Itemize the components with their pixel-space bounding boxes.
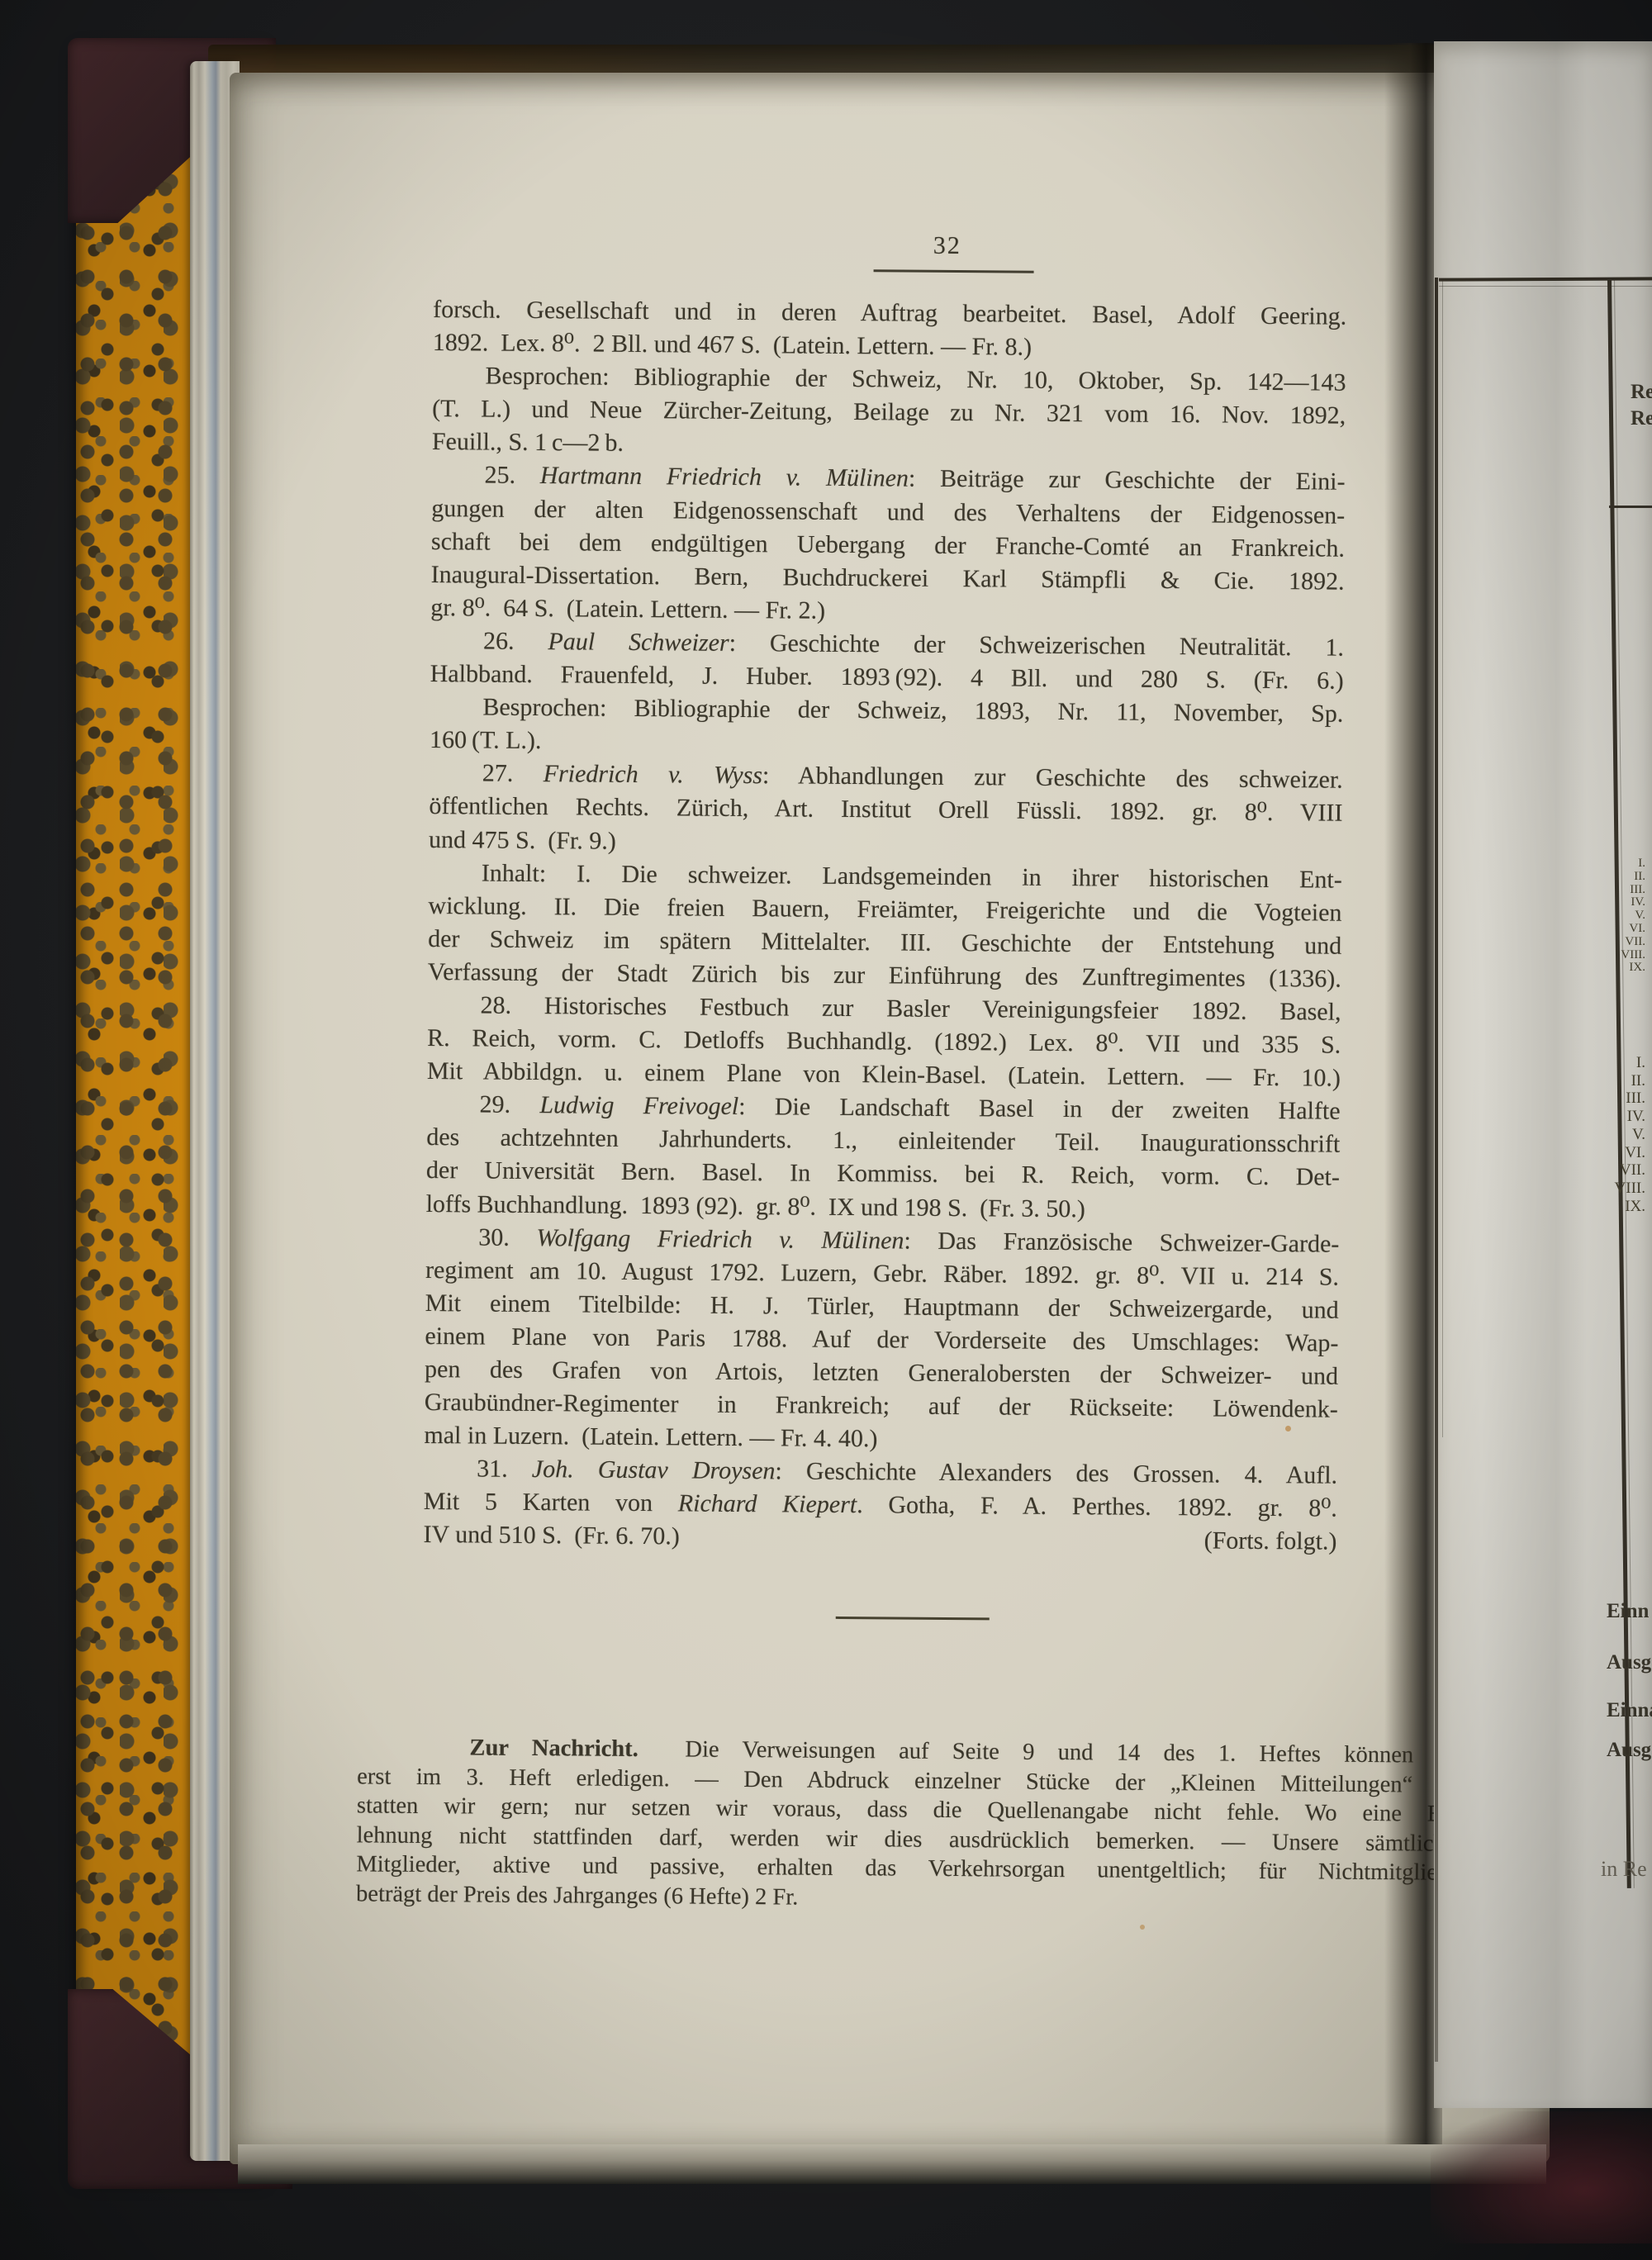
roman-numeral: VIII.	[1606, 1180, 1645, 1198]
page-number-rule	[874, 269, 1034, 273]
roman-numeral: V.	[1606, 1126, 1645, 1144]
roman-numeral-list-lower: I.II.III.IV.V.VI.VII.VIII.IX.	[1606, 1054, 1645, 1215]
page-number: 32	[491, 229, 1404, 264]
roman-numeral: III.	[1606, 884, 1645, 897]
roman-numeral: III.	[1606, 1090, 1645, 1108]
facing-bottom-fragment: in Re	[1601, 1857, 1647, 1882]
facing-header-fragment: Re	[1631, 408, 1652, 429]
roman-numeral: VII.	[1606, 936, 1645, 949]
printed-page-content: 32 forsch. Gesellschaft und in deren Auf…	[416, 223, 1355, 1965]
section-divider-rule	[836, 1617, 990, 1620]
continuation-note: (Forts. folgt.)	[1204, 1525, 1337, 1559]
facing-header-fragment: Re	[1631, 382, 1652, 402]
roman-numeral: VIII.	[1606, 949, 1645, 962]
roman-numeral: IV.	[1606, 1108, 1645, 1126]
facing-word-fragment: Ausga	[1607, 1740, 1652, 1761]
roman-numeral: I.	[1606, 1054, 1645, 1072]
roman-numeral-list-upper: I.II.III.IV.V.VI.VII.VIII.IX.	[1606, 857, 1645, 975]
facing-word-fragment: Einna	[1607, 1700, 1652, 1721]
table-frame-left-rule	[1435, 278, 1438, 2062]
facing-word-fragment: Ausg	[1607, 1652, 1651, 1674]
facing-word-fragment: Einn	[1607, 1601, 1649, 1622]
roman-numeral: VI.	[1606, 923, 1645, 936]
text-line: IV und 510 S. (Fr. 6. 70.)(Forts. folgt.…	[423, 1518, 1336, 1559]
roman-numeral: V.	[1606, 909, 1645, 923]
roman-numeral: IV.	[1606, 896, 1645, 909]
roman-numeral: VII.	[1606, 1161, 1645, 1180]
book-cover-bottom-right-glow	[1431, 2111, 1652, 2243]
roman-numeral: II.	[1606, 1072, 1645, 1090]
table-frame-top-thin-rule	[1439, 286, 1652, 287]
roman-numeral: I.	[1606, 857, 1645, 871]
bibliography-text: forsch. Gesellschaft und in deren Auftra…	[423, 293, 1346, 1559]
roman-numeral: VI.	[1606, 1144, 1645, 1162]
notice-paragraph: Zur Nachricht. Die Verweisungen auf Seit…	[356, 1732, 1469, 1917]
table-frame-left-thin-rule	[1442, 281, 1443, 1437]
page-edge-bottom	[238, 2144, 1546, 2184]
roman-numeral: IX.	[1606, 961, 1645, 975]
table-row-rule	[1609, 506, 1652, 508]
roman-numeral: II.	[1606, 871, 1645, 884]
book-scan-photo: 32 forsch. Gesellschaft und in deren Auf…	[0, 0, 1652, 2260]
roman-numeral: IX.	[1606, 1198, 1645, 1216]
